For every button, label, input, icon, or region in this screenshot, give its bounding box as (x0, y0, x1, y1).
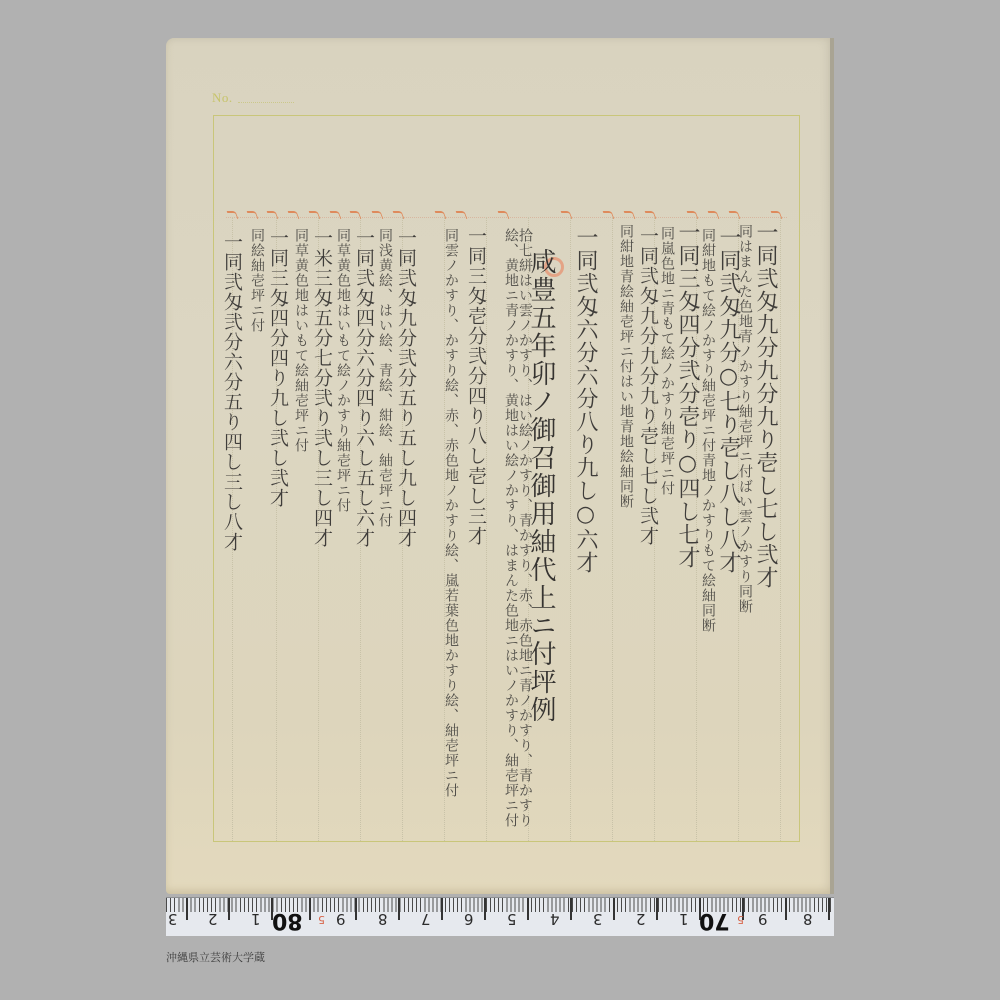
ruler-label: 3 (593, 911, 603, 926)
entry-note: 同絵紬壱坪ニ付 (250, 228, 264, 333)
check-mark-icon (645, 211, 657, 219)
entry-note: 同嵐色地ニ青もて絵ノかすり紬壱坪ニ付 (660, 226, 674, 496)
ruler-label: 1 (251, 911, 261, 926)
ruler-label-major: 70 (699, 909, 730, 931)
check-mark-icon (247, 211, 259, 219)
form-number-label: No. (212, 90, 233, 106)
entry-note: 拾七絣はい雲ノかすり、はい絵ノかすり、青かすり、赤、赤色地ニ青ノかすり、青かすり… (484, 228, 532, 838)
ruler-major-tick (484, 898, 486, 920)
column-rule (570, 217, 571, 841)
ruler-major-tick (828, 898, 830, 920)
check-mark-icon (498, 211, 510, 219)
ruler-major-tick (613, 898, 615, 920)
check-mark-icon (288, 211, 300, 219)
ruler-major-tick (398, 898, 400, 920)
entry-note: 同草黄色地はいもて絵ノかすり紬壱坪ニ付 (336, 228, 350, 513)
ruler-major-tick (355, 898, 357, 920)
ruler-label-half: 5 (737, 914, 744, 925)
check-mark-icon (227, 211, 239, 219)
ruler-ticks (166, 898, 834, 912)
check-mark-icon (309, 211, 321, 219)
entry-line: 一同三匁壱分弐分四り八し壱し三才 (466, 226, 485, 546)
column-rule (780, 217, 781, 841)
ruler-major-tick (228, 898, 230, 920)
column-rule (612, 217, 613, 841)
entry-note: 同浅黄絵、はい絵、青絵、紺絵、紬壱坪ニ付 (378, 228, 392, 528)
ruler-label: 8 (803, 911, 813, 926)
entry-line: 一同弐匁弐分六分五り四し三し八才 (222, 232, 241, 552)
ruler-label: 4 (550, 911, 560, 926)
check-mark-icon (561, 211, 573, 219)
check-mark-icon (372, 211, 384, 219)
ruler-label: 6 (464, 911, 474, 926)
entry-note: 同草黄色地はいもて絵紬壱坪ニ付 (294, 228, 308, 453)
collection-caption: 沖縄県立芸術大学蔵 (166, 949, 265, 965)
entry-line: 一同弐匁九分弐分五り五し九し四才 (396, 228, 415, 548)
check-mark-icon (330, 211, 342, 219)
entry-note: 同雲ノかすり、かすり絵、赤、赤色地ノかすり絵、嵐若葉色地かすり絵、紬壱坪ニ付 (444, 228, 458, 798)
ruler-major-tick (527, 898, 529, 920)
ruler-major-tick (570, 898, 572, 920)
entry-line: 一同弐匁四分六分四り六し五し六才 (354, 228, 373, 548)
check-mark-icon (267, 211, 279, 219)
entry-line: 一米三匁五分七分弐り弐し三し四才 (312, 228, 331, 548)
document-page: No. (166, 38, 834, 894)
entry-line: 一同三匁四分弐分壱り○四し七才 (676, 221, 698, 569)
ruler-label: 5 (507, 911, 517, 926)
check-mark-icon (603, 211, 615, 219)
ruler-major-tick (309, 898, 311, 920)
ruler-label: 2 (208, 911, 218, 926)
check-mark-icon (624, 211, 636, 219)
entry-line: 一同弐匁九分九分九り壱し七し弐才 (754, 221, 776, 589)
entry-note: 同紺地もて絵ノかすり紬壱坪ニ付青地ノかすりもて絵紬同断 (701, 228, 715, 633)
check-mark-icon (435, 211, 447, 219)
measuring-tape: 3 2 1 80 5 9 8 7 6 5 4 3 2 1 70 5 9 8 (166, 897, 834, 936)
check-mark-icon (708, 211, 720, 219)
ruler-label: 7 (421, 911, 431, 926)
check-mark-icon (456, 211, 468, 219)
ruler-label: 8 (378, 911, 388, 926)
ruler-label: 2 (636, 911, 646, 926)
ruler-label: 9 (758, 911, 768, 926)
entry-note: 同紺地青絵紬壱坪ニ付はい地青地絵紬同断 (619, 224, 633, 509)
check-mark-icon (729, 211, 741, 219)
page-edge (830, 38, 834, 894)
check-mark-icon (350, 211, 362, 219)
entry-line: 一同弐匁六分六分八り九し○六才 (574, 226, 596, 574)
ruler-label: 3 (168, 911, 178, 926)
ruler-label-major: 80 (272, 909, 303, 931)
ruler-major-tick (656, 898, 658, 920)
ruler-major-tick (441, 898, 443, 920)
form-number-line (238, 102, 294, 103)
ruler-major-tick (186, 898, 188, 920)
entry-line: 一同弐匁九分○七り壱し八し八才 (717, 226, 739, 574)
check-mark-icon (393, 211, 405, 219)
ruler-major-tick (785, 898, 787, 920)
ruler-label: 9 (336, 911, 346, 926)
entry-line: 一同三匁四分四り九し弐し弐才 (268, 228, 287, 508)
check-mark-icon (687, 211, 699, 219)
ruler-label-half: 5 (318, 914, 325, 925)
ruler-label: 1 (679, 911, 689, 926)
entry-line: 一同弐匁九分九分九り壱し七し弐才 (638, 226, 657, 546)
check-mark-icon (771, 211, 783, 219)
